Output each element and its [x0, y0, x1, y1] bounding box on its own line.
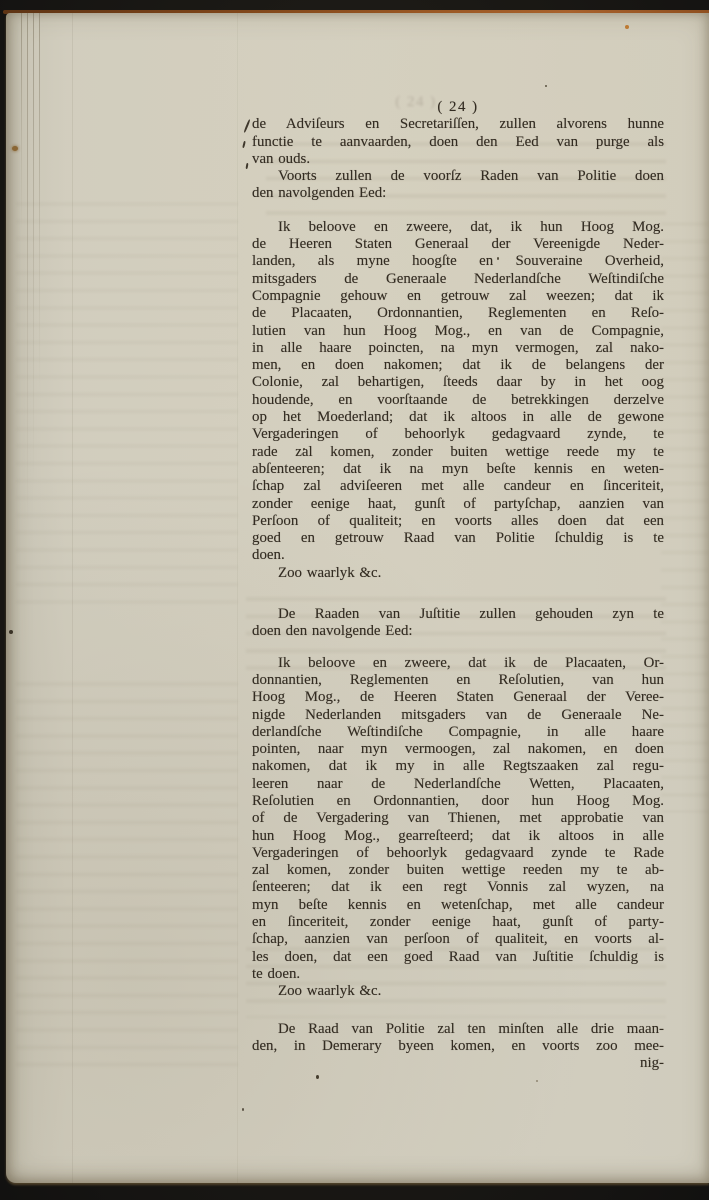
text-line: Zoo waarlyk &c.	[252, 983, 664, 1000]
text-line: ſchap, aanzien van perſoon of qualiteit,…	[252, 931, 664, 948]
stain-speck	[9, 630, 13, 634]
text-block: ( 24 ) de Adviſeurs en Secretariſſen, zu…	[252, 99, 664, 1072]
text-line: houdende, en voorſtaande de betrekkingen…	[252, 392, 664, 409]
text-line: Ik beloove en zweere, dat ik de Placaate…	[252, 655, 664, 672]
text-line: zonder eenige haat, gunſt of partyſchap,…	[252, 496, 664, 513]
text-line: Zoo waarlyk &c.	[252, 565, 664, 582]
text-line: pointen, naar myn vermoogen, zal nakomen…	[252, 741, 664, 758]
text-line: leeren naar de Nederlandſche Wetten, Pla…	[252, 776, 664, 793]
stain-speck	[12, 146, 18, 151]
text-line: rade zal komen, zonder buiten wettige re…	[252, 444, 664, 461]
text-line: of de Vergadering van Thienen, met appro…	[252, 810, 664, 827]
text-line: nigde Nederlanden mitsgaders van de Gene…	[252, 707, 664, 724]
text-line: Voorts zullen de voorſz Raden van Politi…	[252, 168, 664, 185]
scan-background: ( 24 ) de Adviſeurs en Secretariſſen, zu…	[0, 0, 709, 1200]
bleedthrough-texture	[16, 193, 238, 613]
text-line: Ik beloove en zweere, dat, ik hun Hoog M…	[252, 219, 664, 236]
text-line: de Heeren Staten Generaal der Vereenigde…	[252, 236, 664, 253]
text-line: den, in Demerary byeen komen, en voorts …	[252, 1038, 664, 1055]
page-number: ( 24 )	[252, 99, 664, 116]
stain-speck	[545, 85, 547, 87]
text-line: de Placaaten, Ordonnantien, Reglementen …	[252, 305, 664, 322]
text-lines: de Adviſeurs en Secretariſſen, zullen al…	[252, 116, 664, 1072]
text-line: functie te aanvaarden, doen den Eed van …	[252, 134, 664, 151]
text-line: doen.	[252, 547, 664, 564]
text-line: ſenteeren; dat ik een regt Vonnis zal wy…	[252, 879, 664, 896]
text-line: donnantien, Reglementen en Reſolutien, v…	[252, 672, 664, 689]
stray-ink-mark	[242, 141, 246, 148]
text-line: Hoog Mog., de Heeren Staten Generaal der…	[252, 689, 664, 706]
text-line: Reſolutien en Ordonnantien, door hun Hoo…	[252, 793, 664, 810]
text-line: De Raad van Politie zal ten minſten alle…	[252, 1021, 664, 1038]
text-line: myn beſte kennis en wetenſchap, met alle…	[252, 897, 664, 914]
text-line: De Raaden van Juſtitie zullen gehouden z…	[252, 606, 664, 623]
text-line: Colonie, zal behartigen, ſteeds daar by …	[252, 374, 664, 391]
text-line: den navolgenden Eed:	[252, 185, 664, 202]
text-line: abſenteeren; dat ik na myn beſte kennis …	[252, 461, 664, 478]
text-line: men, en doen nakomen; dat ik de belangen…	[252, 357, 664, 374]
text-line: ſchap zal adviſeeren met alle candeur en…	[252, 478, 664, 495]
text-line: doen den navolgende Eed:	[252, 623, 664, 640]
book-page: ( 24 ) de Adviſeurs en Secretariſſen, zu…	[6, 13, 709, 1183]
text-line: te doen.	[252, 966, 664, 983]
stain-speck	[625, 25, 629, 29]
text-line: de Adviſeurs en Secretariſſen, zullen al…	[252, 116, 664, 133]
text-line: Vergaderingen of behoorlyk gedagvaard zy…	[252, 426, 664, 443]
text-line: nakomen, dat ik my in alle Regtszaaken z…	[252, 758, 664, 775]
stray-ink-mark	[245, 163, 248, 169]
stain-speck	[242, 1108, 244, 1111]
text-line: en ſinceriteit, zonder eenige haat, gunſ…	[252, 914, 664, 931]
catchword: nig-	[252, 1055, 664, 1072]
stain-speck	[316, 1075, 319, 1079]
text-line: op het Moederland; dat ik altoos in alle…	[252, 409, 664, 426]
text-line: landen, als myne hoogſte en Souveraine O…	[252, 253, 664, 270]
text-line: Compagnie gehouw en getrouw zal weezen; …	[252, 288, 664, 305]
text-line: goed en getrouw Raad van Politie ſchuldi…	[252, 530, 664, 547]
text-line: hun Hoog Mog., gearreſteerd; dat ik alto…	[252, 828, 664, 845]
text-line: zal komen, zonder buiten wettige reeden …	[252, 862, 664, 879]
text-line: lutien van hun Hoog Mog., en van de Comp…	[252, 323, 664, 340]
stray-ink-mark	[243, 119, 250, 133]
text-line: van ouds.	[252, 151, 664, 168]
stain-speck	[536, 1080, 538, 1082]
text-line: Perſoon of qualiteit; en voorts alles do…	[252, 513, 664, 530]
bleedthrough-texture	[661, 213, 709, 813]
text-line: mitsgaders de Generaale Nederlandſche We…	[252, 271, 664, 288]
bleedthrough-texture	[16, 673, 238, 1073]
text-line: derlandſche Weſtindiſche Compagnie, in a…	[252, 724, 664, 741]
text-line: in alle haare poincten, na myn vermogen,…	[252, 340, 664, 357]
text-line: Vergaderingen of behoorlyk gedagvaard zy…	[252, 845, 664, 862]
text-line: les doen, dat een goed Raad van Juſtitie…	[252, 949, 664, 966]
